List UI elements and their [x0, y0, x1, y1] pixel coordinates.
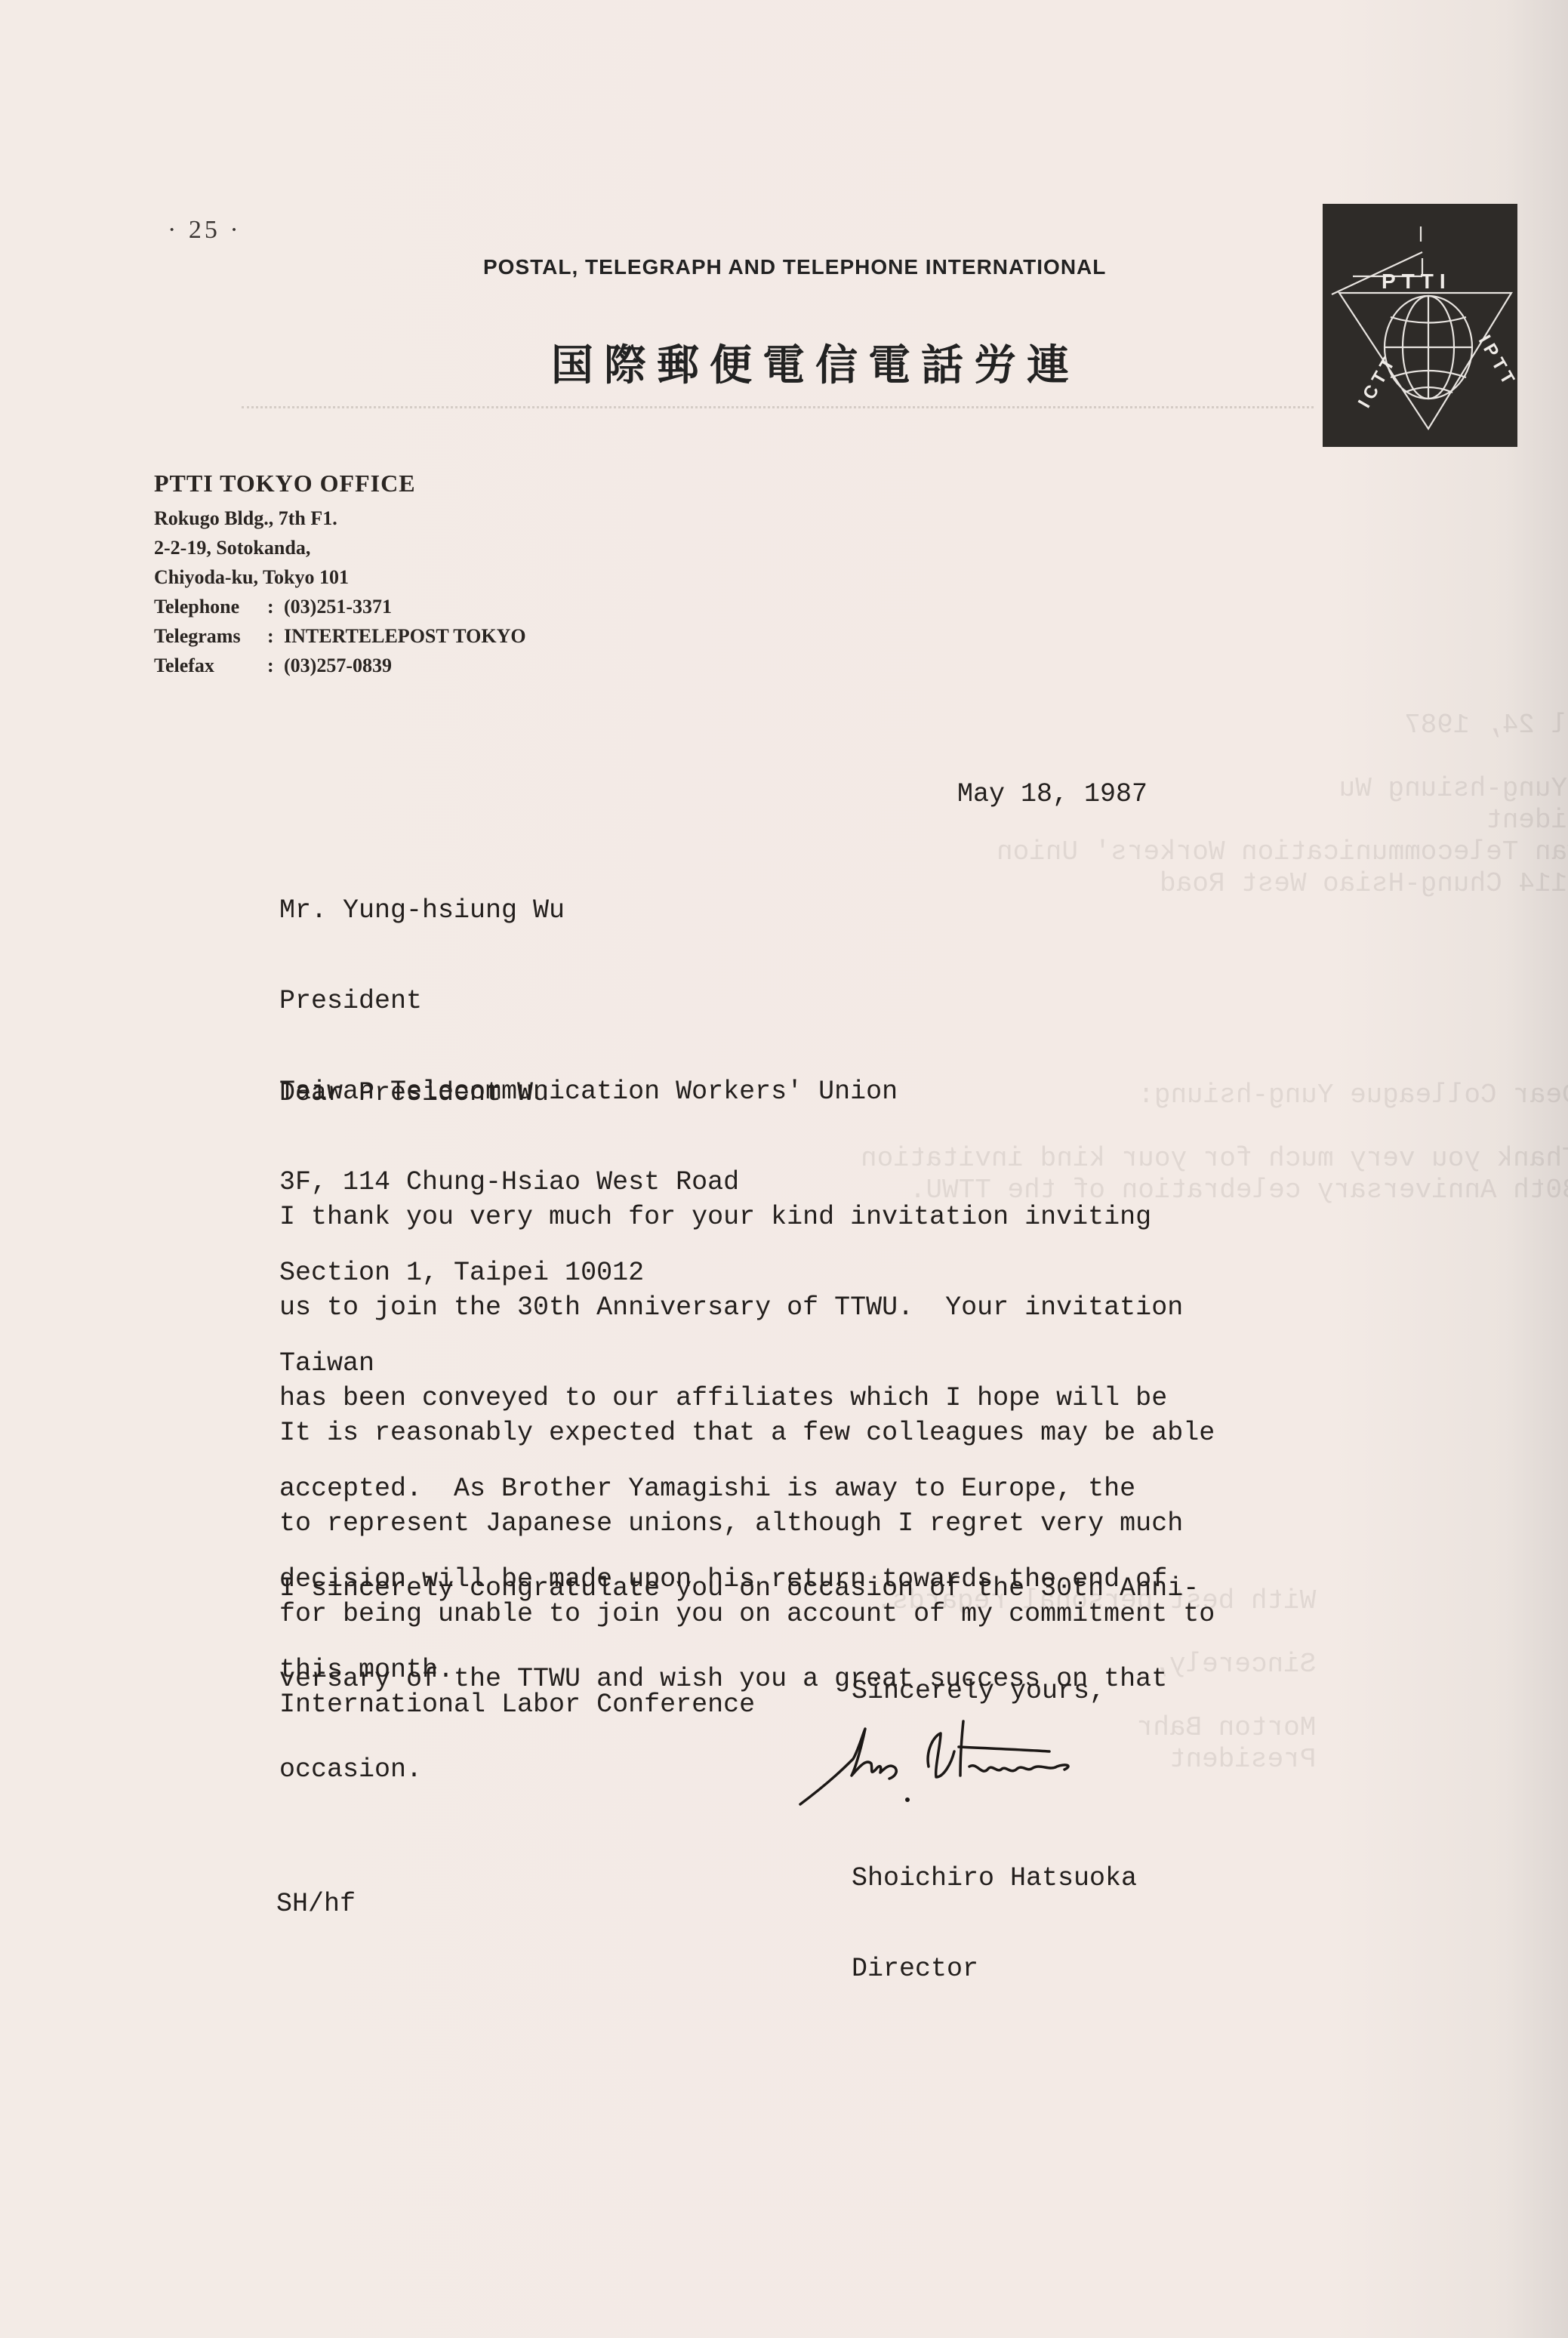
signer-block: Shoichiro Hatsuoka Director — [852, 1803, 1137, 2044]
contact-label: Telegrams — [154, 621, 267, 651]
office-title: PTTI TOKYO OFFICE — [154, 470, 526, 497]
organization-name-cjk: 国際郵便電信電話労連 — [551, 332, 1080, 393]
reference-initials: SH/hf — [276, 1889, 356, 1919]
svg-text:ICTT: ICTT — [1354, 351, 1401, 411]
paragraph-line: I thank you very much for your kind invi… — [279, 1202, 1183, 1232]
contact-value: (03)257-0839 — [284, 651, 392, 680]
letter-page: April 24, 1987 Mr. Yung-hsiung Wu Presid… — [0, 0, 1568, 2338]
recipient-line: President — [279, 986, 898, 1016]
paragraph-line: us to join the 30th Anniversary of TTWU.… — [279, 1292, 1183, 1323]
contact-label: Telefax — [154, 651, 267, 680]
ptti-logo-icon: PTTI ICTT IPTT — [1323, 204, 1517, 447]
office-telegrams: Telegrams:INTERTELEPOST TOKYO — [154, 621, 526, 651]
office-address-line: Rokugo Bldg., 7th F1. — [154, 504, 526, 533]
contact-value: (03)251-3371 — [284, 592, 392, 621]
office-address-line: 2-2-19, Sotokanda, — [154, 533, 526, 562]
recipient-line: Mr. Yung-hsiung Wu — [279, 895, 898, 926]
office-address-block: PTTI TOKYO OFFICE Rokugo Bldg., 7th F1. … — [154, 470, 526, 680]
svg-text:PTTI: PTTI — [1382, 270, 1452, 293]
divider — [242, 406, 1314, 408]
contact-label: Telephone — [154, 592, 267, 621]
organization-name: POSTAL, TELEGRAPH AND TELEPHONE INTERNAT… — [483, 255, 1106, 279]
office-telefax: Telefax:(03)257-0839 — [154, 651, 526, 680]
letter-date: May 18, 1987 — [957, 779, 1148, 809]
page-number: · 25 · — [168, 216, 242, 245]
salutation: Dear President Wu — [279, 1078, 549, 1108]
paragraph-line: It is reasonably expected that a few col… — [279, 1418, 1215, 1448]
svg-text:IPTT: IPTT — [1474, 332, 1517, 392]
office-address-line: Chiyoda-ku, Tokyo 101 — [154, 562, 526, 592]
signer-title: Director — [852, 1954, 1137, 1984]
closing: Sincerely yours, — [852, 1676, 1105, 1706]
contact-value: INTERTELEPOST TOKYO — [284, 621, 526, 651]
office-telephone: Telephone:(03)251-3371 — [154, 592, 526, 621]
paragraph-line: I sincerely congratulate you on occasion… — [279, 1573, 1199, 1603]
signer-name: Shoichiro Hatsuoka — [852, 1863, 1137, 1893]
